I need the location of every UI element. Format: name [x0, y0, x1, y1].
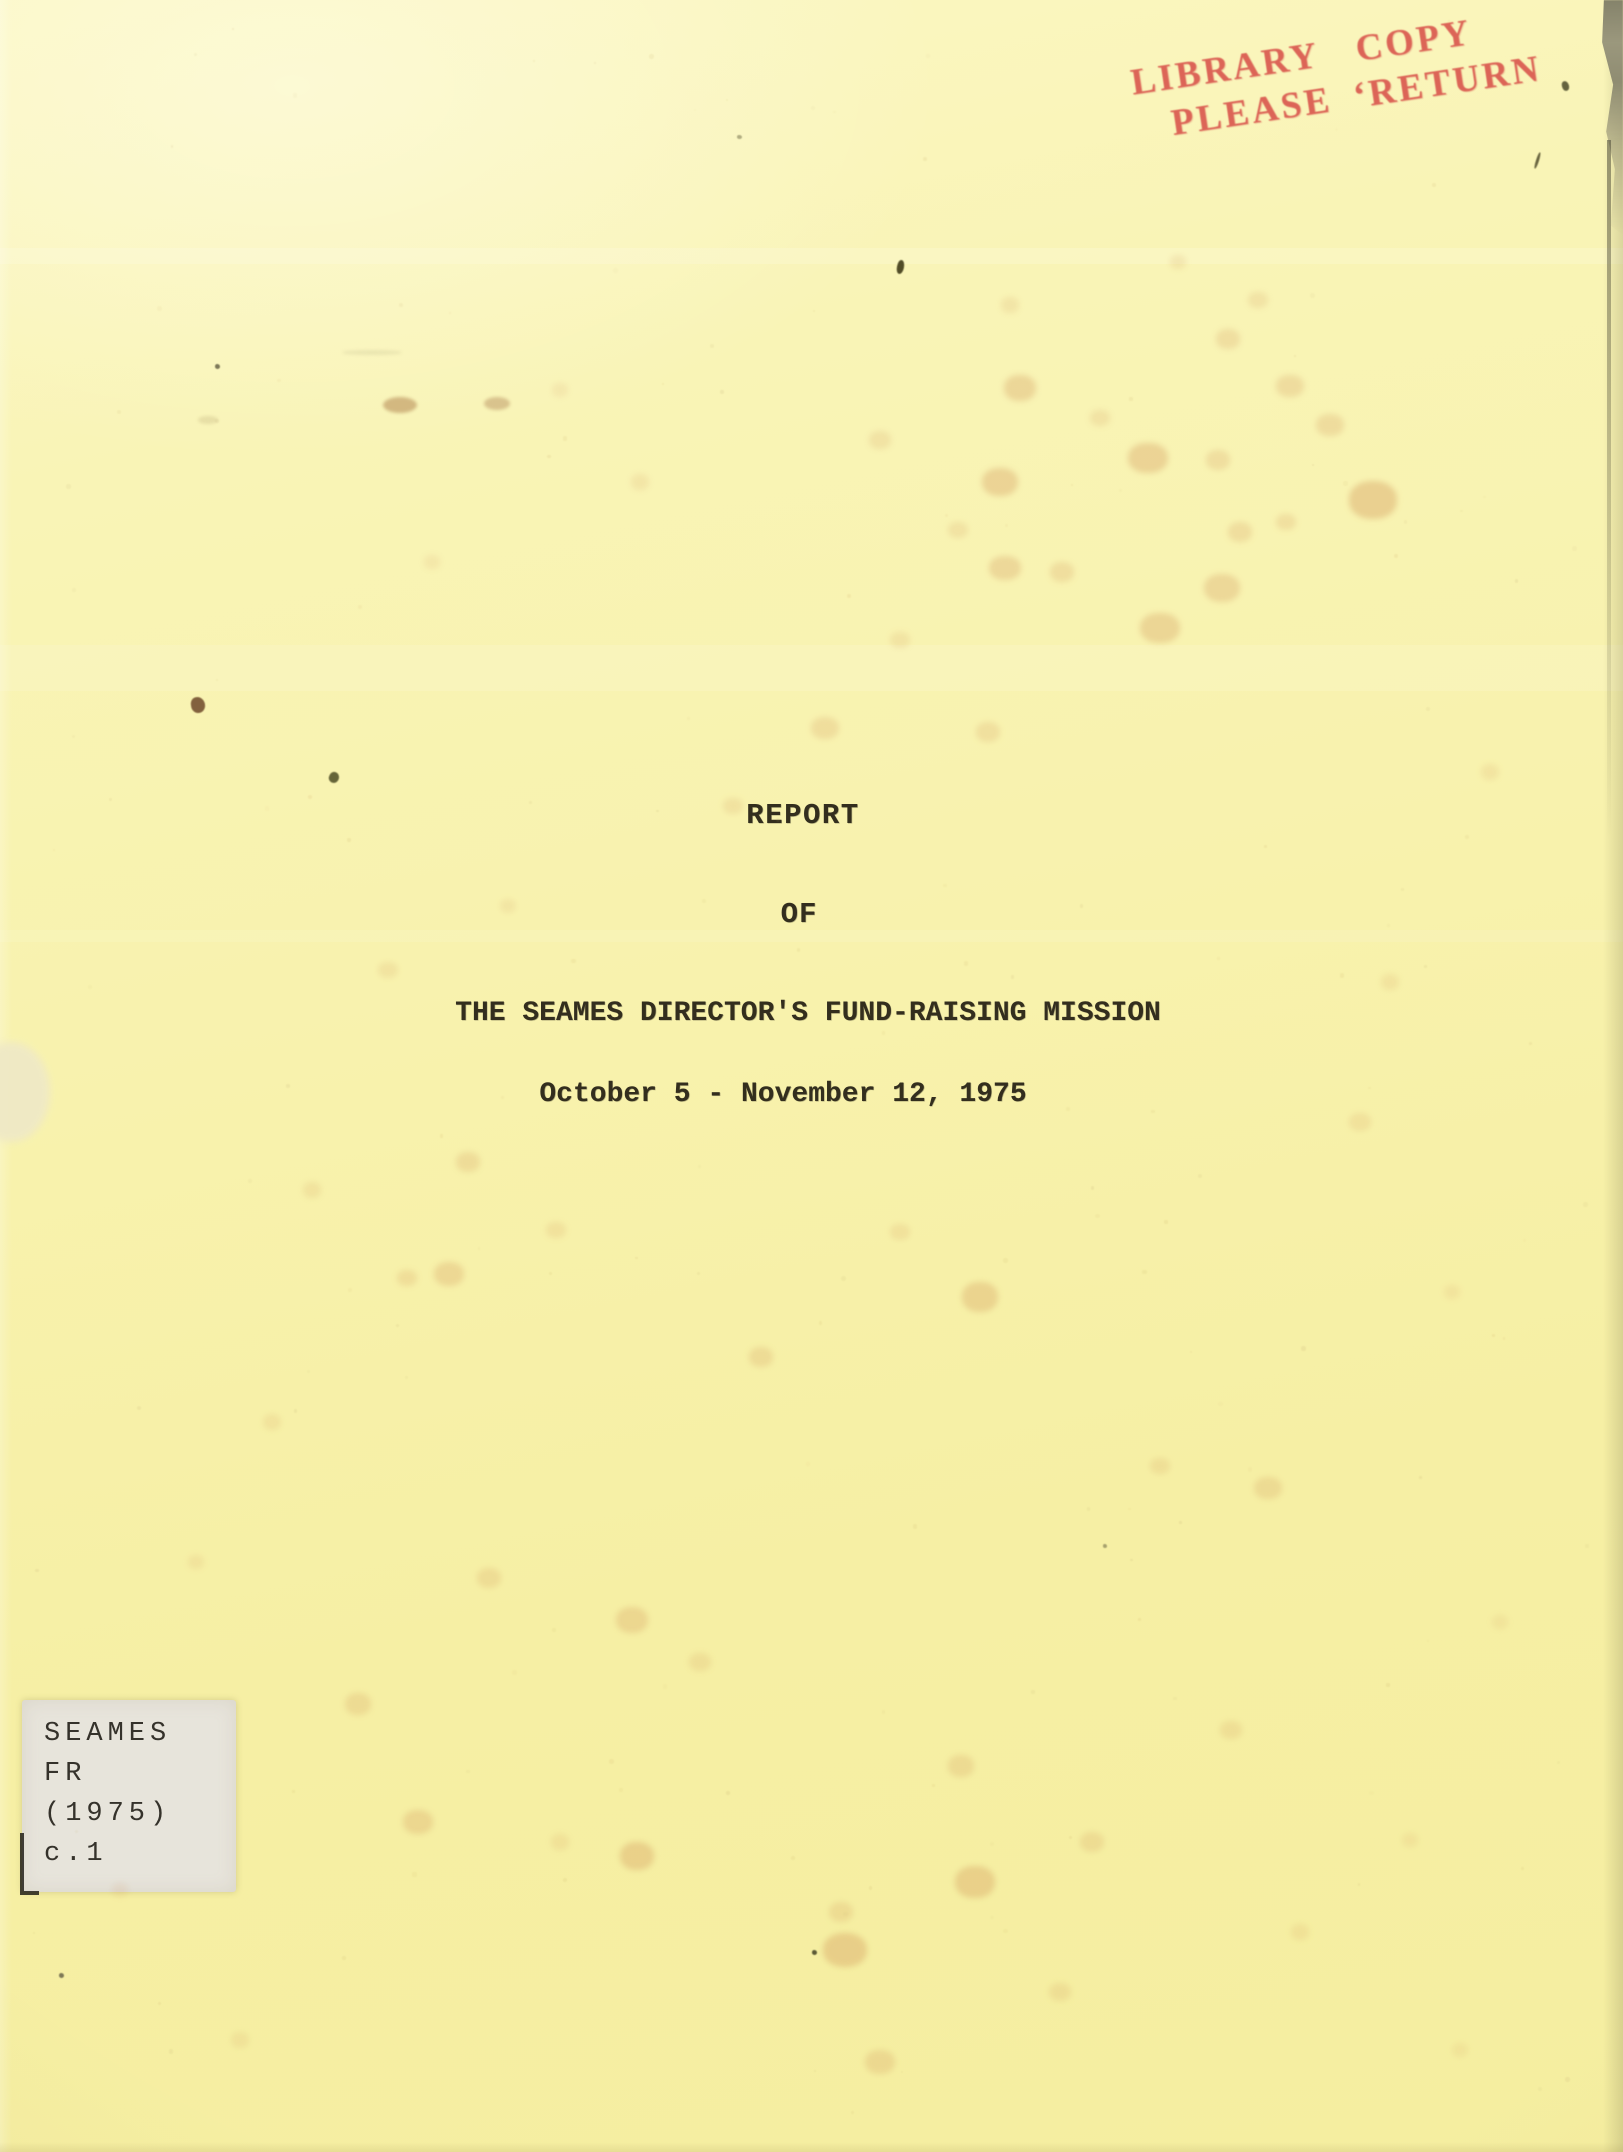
call-number-label: SEAMES FR (1975) c.1	[22, 1700, 236, 1892]
paper-blemish	[292, 1790, 295, 1793]
scan-light-band	[0, 930, 1623, 942]
paper-blemish	[1358, 1883, 1361, 1886]
paper-blemish	[358, 605, 362, 609]
paper-blemish	[1424, 965, 1426, 967]
paper-blemish	[1419, 1476, 1422, 1479]
paper-blemish	[399, 303, 403, 307]
paper-blemish	[552, 383, 568, 397]
paper-blemish	[962, 1282, 998, 1312]
paper-blemish	[1276, 514, 1296, 530]
paper-blemish	[194, 53, 197, 56]
paper-blemish	[1585, 1544, 1588, 1547]
paper-blemish	[72, 735, 75, 738]
paper-blemish	[1460, 510, 1462, 512]
paper-blemish	[1503, 1337, 1506, 1340]
paper-blemish	[631, 474, 649, 490]
paper-blemish	[1483, 496, 1485, 498]
paper-blemish	[989, 556, 1021, 580]
paper-blemish	[198, 416, 218, 424]
paper-blemish	[1228, 522, 1252, 542]
paper-blemish	[990, 1842, 994, 1846]
paper-blemish	[1049, 1983, 1071, 2001]
page-vignette	[0, 0, 1623, 2152]
paper-blemish	[819, 1321, 822, 1324]
paper-blemish	[1387, 924, 1391, 928]
paper-blemish	[812, 1950, 817, 1955]
paper-blemish	[1206, 450, 1230, 470]
paper-blemish	[1515, 579, 1519, 583]
paper-blemish	[215, 364, 220, 369]
paper-blemish	[1381, 974, 1399, 990]
paper-blemish	[53, 849, 55, 851]
paper-blemish	[1565, 2077, 1570, 2082]
pen-bracket-mark	[20, 1833, 39, 1895]
paper-blemish	[943, 884, 947, 888]
paper-blemish	[88, 985, 92, 989]
paper-blemish	[72, 588, 76, 592]
paper-blemish	[500, 899, 516, 913]
paper-blemish	[649, 54, 654, 59]
paper-blemish	[1170, 255, 1186, 269]
bottom-page-edge	[0, 2142, 1623, 2152]
paper-blemish	[137, 1406, 141, 1410]
paper-blemish	[551, 1834, 569, 1850]
paper-blemish	[169, 2049, 173, 2053]
paper-blemish	[512, 1670, 517, 1675]
paper-blemish	[594, 62, 596, 64]
paper-blemish	[440, 1134, 444, 1138]
paper-blemish	[1316, 414, 1344, 436]
paper-blemish	[405, 1376, 408, 1379]
paper-blemish	[1216, 329, 1240, 349]
paper-blemish	[307, 1370, 311, 1374]
paper-blemish	[620, 1842, 654, 1870]
paper-blemish	[327, 770, 341, 785]
paper-blemish	[477, 1568, 501, 1588]
paper-blemish	[1444, 1285, 1460, 1299]
paper-blemish	[656, 810, 658, 812]
paper-blemish	[982, 468, 1018, 496]
paper-blemish	[990, 1916, 993, 1919]
paper-blemish	[1080, 1832, 1104, 1852]
paper-blemish	[501, 1096, 504, 1099]
paper-blemish	[833, 111, 836, 114]
paper-blemish	[882, 1031, 886, 1035]
paper-blemish	[1402, 1833, 1418, 1847]
paper-blemish	[1368, 1087, 1371, 1090]
paper-blemish	[1050, 562, 1074, 582]
paper-blemish	[1091, 1186, 1095, 1190]
paper-blemish	[1031, 1690, 1034, 1693]
paper-blemish	[726, 99, 728, 101]
paper-blemish	[841, 1276, 846, 1281]
report-heading: REPORT	[746, 799, 859, 832]
paper-blemish	[843, 1912, 848, 1917]
paper-blemish	[1276, 375, 1304, 397]
paper-blemish	[694, 109, 696, 111]
paper-blemish	[158, 2002, 161, 2005]
paper-blemish	[1130, 1559, 1133, 1562]
paper-blemish	[1465, 835, 1469, 839]
paper-blemish	[1432, 183, 1436, 187]
paper-blemish	[1394, 554, 1398, 558]
paper-blemish	[378, 962, 398, 978]
paper-blemish	[424, 555, 440, 569]
paper-blemish	[1011, 975, 1015, 979]
paper-blemish	[720, 390, 724, 394]
paper-blemish	[702, 899, 706, 903]
paper-blemish	[1173, 1697, 1176, 1700]
paper-blemish	[1294, 355, 1296, 357]
paper-blemish	[851, 2111, 854, 2114]
paper-blemish	[1340, 973, 1345, 978]
right-page-edge	[1603, 0, 1623, 2152]
paper-blemish	[806, 1462, 810, 1466]
paper-blemish	[1264, 845, 1266, 847]
paper-blemish	[1452, 2043, 1468, 2057]
paper-blemish	[1140, 613, 1180, 643]
paper-blemish	[1301, 1346, 1306, 1351]
paper-blemish	[955, 1866, 995, 1898]
paper-blemish	[294, 1409, 298, 1413]
paper-blemish	[1190, 1351, 1192, 1353]
paper-blemish	[964, 961, 969, 966]
paper-blemish	[59, 1973, 64, 1978]
paper-blemish	[1481, 764, 1499, 780]
paper-blemish	[869, 431, 891, 449]
paper-blemish	[265, 806, 269, 810]
paper-blemish	[1095, 1214, 1099, 1218]
label-line: (1975)	[44, 1794, 236, 1834]
paper-blemish	[1179, 1521, 1182, 1524]
paper-blemish	[549, 1272, 552, 1275]
paper-blemish	[1492, 1615, 1508, 1629]
paper-blemish	[171, 145, 174, 148]
paper-blemish	[1001, 297, 1019, 313]
paper-blemish	[723, 798, 743, 814]
paper-blemish	[811, 106, 815, 110]
paper-blemish	[345, 1693, 371, 1715]
paper-blemish	[1204, 574, 1240, 602]
paper-blemish	[109, 798, 112, 801]
paper-blemish	[1138, 1618, 1141, 1621]
paper-blemish	[1090, 410, 1110, 426]
paper-blemish	[1560, 80, 1569, 91]
paper-blemish	[293, 93, 298, 98]
foxing-spots-layer	[0, 0, 1623, 2152]
paper-blemish	[1129, 397, 1133, 401]
paper-blemish	[117, 410, 121, 414]
paper-blemish	[1369, 1791, 1373, 1795]
paper-blemish	[1386, 1683, 1389, 1686]
paper-blemish	[1335, 128, 1339, 132]
paper-blemish	[913, 1524, 917, 1528]
paper-blemish	[248, 1179, 252, 1183]
paper-blemish	[397, 1270, 417, 1286]
paper-blemish	[456, 1152, 480, 1172]
paper-blemish	[412, 1872, 416, 1876]
paper-blemish	[396, 1324, 399, 1327]
paper-blemish	[1248, 1467, 1253, 1472]
paper-blemish	[923, 157, 927, 161]
paper-blemish	[689, 1653, 711, 1671]
paper-blemish	[1523, 1239, 1526, 1242]
paper-blemish	[797, 948, 800, 951]
paper-blemish	[571, 959, 576, 964]
paper-blemish	[215, 419, 219, 423]
paper-blemish	[216, 679, 218, 681]
paper-blemish	[926, 54, 930, 58]
paper-blemish	[698, 1165, 701, 1168]
paper-blemish	[1128, 443, 1168, 473]
paper-blemish	[1291, 1924, 1309, 1940]
paper-blemish	[1080, 904, 1083, 907]
paper-blemish	[948, 522, 968, 538]
paper-blemish	[823, 1933, 867, 1967]
paper-blemish	[890, 632, 910, 648]
paper-blemish	[1198, 1174, 1202, 1178]
paper-blemish	[1071, 484, 1074, 487]
paper-blemish	[1069, 1836, 1072, 1839]
paper-blemish	[308, 795, 312, 799]
date-range: October 5 - November 12, 1975	[539, 1079, 1026, 1110]
paper-blemish	[1103, 1544, 1107, 1548]
paper-blemish	[157, 306, 162, 311]
paper-blemish	[687, 717, 690, 720]
paper-blemish	[976, 722, 1000, 742]
paper-blemish	[1004, 375, 1036, 401]
paper-blemish	[1142, 1270, 1147, 1275]
paper-blemish	[726, 1791, 730, 1795]
paper-blemish	[616, 1607, 648, 1633]
paper-blemish	[303, 1182, 321, 1198]
paper-blemish	[434, 1262, 464, 1286]
paper-blemish	[663, 1684, 667, 1688]
paper-blemish	[449, 312, 451, 314]
paper-blemish	[348, 1288, 351, 1291]
paper-stain	[0, 1042, 50, 1142]
paper-blemish	[697, 1272, 700, 1275]
paper-blemish	[662, 383, 664, 385]
paper-blemish	[232, 28, 234, 30]
paper-blemish	[1492, 1334, 1495, 1337]
paper-blemish	[619, 1788, 623, 1792]
paper-blemish	[1557, 1761, 1560, 1764]
scanned-cover-page: LIBRARY COPY PLEASE ‘RETURN REPORT OF TH…	[0, 0, 1623, 2152]
paper-blemish	[1119, 489, 1122, 492]
paper-blemish	[1533, 151, 1541, 168]
paper-blemish	[1087, 1507, 1091, 1511]
paper-blemish	[263, 1414, 281, 1430]
paper-blemish	[383, 397, 417, 413]
paper-blemish	[1426, 707, 1429, 710]
paper-blemish	[529, 801, 532, 804]
paper-blemish	[1583, 1202, 1588, 1207]
paper-blemish	[865, 2050, 895, 2074]
paper-blemish	[563, 1878, 568, 1883]
paper-blemish	[1005, 524, 1008, 527]
paper-blemish	[613, 268, 618, 273]
paper-blemish	[1150, 1458, 1170, 1474]
scan-light-band	[0, 645, 1623, 691]
paper-blemish	[1254, 1477, 1282, 1499]
paper-blemish	[533, 60, 535, 62]
paper-blemish	[901, 2071, 903, 2073]
document-title: THE SEAMES DIRECTOR'S FUND-RAISING MISSI…	[455, 998, 1161, 1029]
library-stamp: LIBRARY COPY PLEASE ‘RETURN	[1128, 2, 1544, 150]
paper-blemish	[1220, 1721, 1242, 1739]
paper-blemish	[563, 436, 567, 440]
paper-blemish	[478, 1247, 481, 1250]
paper-blemish	[286, 1084, 290, 1088]
paper-blemish	[35, 1569, 39, 1573]
paper-blemish	[552, 1628, 556, 1632]
paper-blemish	[890, 1224, 910, 1240]
paper-blemish	[190, 696, 206, 714]
paper-blemish	[1404, 520, 1408, 524]
paper-blemish	[869, 1886, 873, 1890]
paper-blemish	[342, 1956, 346, 1960]
paper-blemish	[1003, 1929, 1008, 1934]
paper-blemish	[737, 135, 742, 139]
label-line: SEAMES	[44, 1714, 236, 1754]
paper-blemish	[1343, 481, 1348, 486]
paper-blemish	[813, 310, 815, 312]
paper-blemish	[1401, 888, 1404, 891]
paper-blemish	[347, 838, 351, 842]
of-subheading: OF	[781, 898, 818, 931]
paper-blemish	[749, 1347, 773, 1367]
paper-blemish	[1427, 1640, 1429, 1642]
paper-blemish	[1538, 2087, 1542, 2091]
paper-blemish	[342, 350, 402, 355]
paper-blemish	[1312, 464, 1314, 466]
paper-blemish	[484, 397, 510, 410]
paper-blemish	[945, 514, 948, 517]
paper-blemish	[814, 2070, 816, 2072]
paper-blemish	[1128, 1508, 1131, 1511]
paper-blemish	[1248, 292, 1268, 308]
paper-blemish	[895, 259, 905, 274]
paper-blemish	[948, 1755, 974, 1777]
paper-blemish	[188, 1555, 204, 1569]
paper-blemish	[1529, 1042, 1532, 1045]
paper-blemish	[1572, 546, 1577, 551]
paper-blemish	[847, 594, 851, 598]
paper-blemish	[547, 455, 551, 459]
paper-blemish	[1521, 1867, 1524, 1870]
paper-blemish	[33, 1932, 35, 1934]
scan-light-band	[0, 248, 1623, 264]
paper-blemish	[710, 344, 715, 349]
paper-blemish	[1066, 1107, 1069, 1110]
paper-blemish	[231, 2032, 249, 2048]
paper-blemish	[1217, 957, 1220, 960]
paper-blemish	[1310, 293, 1315, 298]
paper-blemish	[277, 379, 281, 383]
paper-blemish	[609, 1759, 614, 1764]
label-line: c.1	[44, 1834, 236, 1874]
paper-blemish	[1349, 1113, 1371, 1131]
paper-blemish	[466, 1770, 470, 1774]
paper-blemish	[1349, 481, 1397, 519]
paper-blemish	[811, 717, 839, 739]
paper-blemish	[546, 1222, 566, 1238]
paper-blemish	[829, 1902, 853, 1922]
label-line: FR	[44, 1754, 236, 1794]
paper-blemish	[791, 1856, 795, 1860]
paper-blemish	[1151, 1110, 1154, 1113]
paper-blemish	[1218, 1402, 1222, 1406]
paper-blemish	[635, 1257, 638, 1260]
paper-blemish	[932, 1784, 935, 1787]
paper-blemish	[882, 1710, 886, 1714]
binding-edge-line	[1607, 140, 1611, 840]
paper-blemish	[403, 1810, 433, 1834]
paper-blemish	[66, 484, 71, 489]
paper-blemish	[1003, 1258, 1008, 1263]
paper-blemish	[1164, 1220, 1167, 1223]
